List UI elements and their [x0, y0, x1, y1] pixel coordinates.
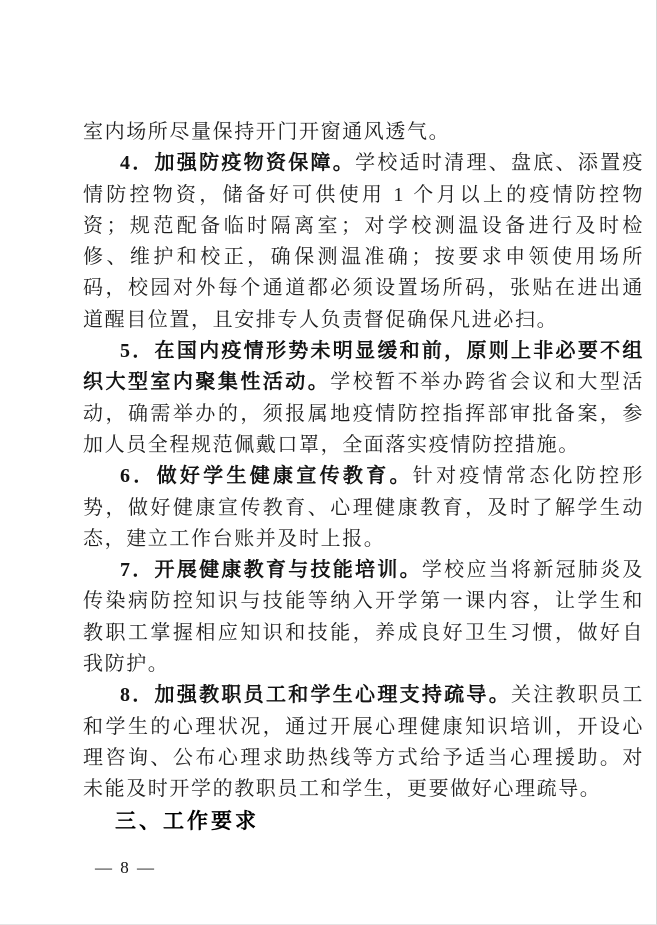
paragraph-lead-bold: 8．加强教职员工和学生心理支持疏导。	[120, 684, 511, 706]
paragraph-lead-bold: 6．做好学生健康宣传教育。	[120, 465, 413, 487]
section-heading: 三、工作要求	[83, 806, 644, 837]
body-text: 学校适时清理、盘底、添置疫情防控物资，储备好可供使用 1 个月以上的疫情防控物资…	[83, 152, 644, 330]
document-page: 室内场所尽量保持开门开窗通风透气。 4．加强防疫物资保障。学校适时清理、盘底、添…	[0, 0, 657, 925]
paragraph-lead-bold: 4．加强防疫物资保障。	[120, 152, 355, 174]
paragraph-item-8: 8．加强教职员工和学生心理支持疏导。关注教职员工和学生的心理状况，通过开展心理健…	[83, 680, 644, 805]
paragraph-item-6: 6．做好学生健康宣传教育。针对疫情常态化防控形势，做好健康宣传教育、心理健康教育…	[83, 461, 644, 555]
paragraph-continuation: 室内场所尽量保持开门开窗通风透气。	[83, 117, 644, 148]
paragraph-lead-bold: 7．开展健康教育与技能培训。	[120, 559, 422, 581]
page-number: — 8 —	[95, 858, 156, 878]
paragraph-item-7: 7．开展健康教育与技能培训。学校应当将新冠肺炎及传染病防控知识与技能等纳入开学第…	[83, 555, 644, 680]
paragraph-item-4: 4．加强防疫物资保障。学校适时清理、盘底、添置疫情防控物资，储备好可供使用 1 …	[83, 148, 644, 336]
paragraph-item-5: 5．在国内疫情形势未明显缓和前，原则上非必要不组织大型室内聚集性活动。学校暂不举…	[83, 336, 644, 461]
document-body: 室内场所尽量保持开门开窗通风透气。 4．加强防疫物资保障。学校适时清理、盘底、添…	[83, 117, 644, 837]
body-text: 室内场所尽量保持开门开窗通风透气。	[83, 121, 450, 143]
